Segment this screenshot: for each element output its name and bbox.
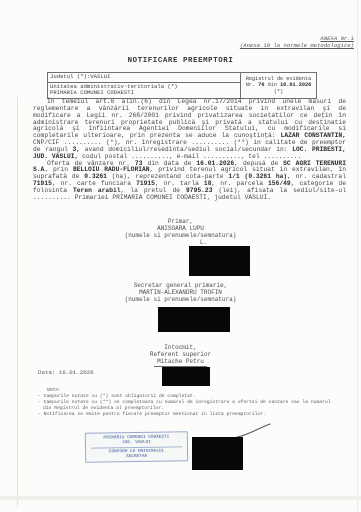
annex-subtitle: (Anexa 10 la normele metodologice)	[240, 42, 354, 49]
scan-artifact-band	[0, 496, 361, 500]
registry-cell: Registrul de evidenta Nr. 76 din 16.01.2…	[240, 73, 316, 98]
header-table: Judetul (*):VASLUI Registrul de evidenta…	[47, 72, 317, 99]
annex-reference: ANEXA Nr.1 (Anexa 10 la normele metodolo…	[240, 35, 354, 49]
redaction-box	[158, 307, 230, 332]
footnote-item: - Notificarea se emite pentru fiecare pr…	[33, 412, 339, 418]
uat-cell: Unitatea administrativ-teritoriala (*) P…	[48, 83, 240, 98]
registry-number: Nr. 76 din 16.01.2026 (*)	[243, 82, 314, 95]
scanned-document-page: ANEXA Nr.1 (Anexa 10 la normele metodolo…	[0, 0, 361, 512]
county-cell: Judetul (*):VASLUI	[48, 73, 240, 83]
redaction-box	[189, 246, 250, 276]
document-body: În temeiul art.6 alin.(6) din Legea nr.1…	[33, 99, 346, 202]
secretary-note: (numele si prenumele/semnatura)	[0, 297, 361, 304]
uat-name: PRIMARIA COMUNEI CODAESTI	[50, 90, 238, 97]
clerk-name: Mitache Petru	[154, 359, 207, 367]
mayor-note: (numele si prenumele/semnatura)	[0, 233, 361, 240]
conform-stamp: PRIMĂRIA COMUNEI CODĂEȘTI JUD. VASLUI CO…	[85, 431, 188, 463]
legal-paragraph: În temeiul art.6 alin.(6) din Legea nr.1…	[33, 99, 346, 161]
annex-number: ANEXA Nr.1	[240, 35, 354, 42]
stamp-role: SECRETAR	[87, 454, 186, 461]
signature-block-secretary: Secretar general primarie, MARTIN-ALEXAN…	[0, 283, 361, 304]
redaction-box	[192, 437, 243, 470]
signature-block-clerk: Intocmit, Referent superior Mitache Petr…	[0, 345, 361, 367]
page-title: NOTIFICARE PREEMPTORI	[0, 57, 361, 65]
redaction-box	[162, 367, 210, 386]
document-date: Data: 16.01.2026	[38, 369, 94, 376]
footnotes: NOTA: - Campurile notate cu (*) sunt obl…	[33, 388, 339, 418]
signature-block-mayor: Primar, ANISOARA LUPU (numele si prenume…	[0, 219, 361, 247]
offer-paragraph: Oferta de vânzare nr. 73 din data de 16.…	[33, 161, 346, 202]
footnote-item: - Campurile notate cu (**) se completeaz…	[33, 400, 339, 412]
scan-artifact-line	[357, 0, 358, 512]
